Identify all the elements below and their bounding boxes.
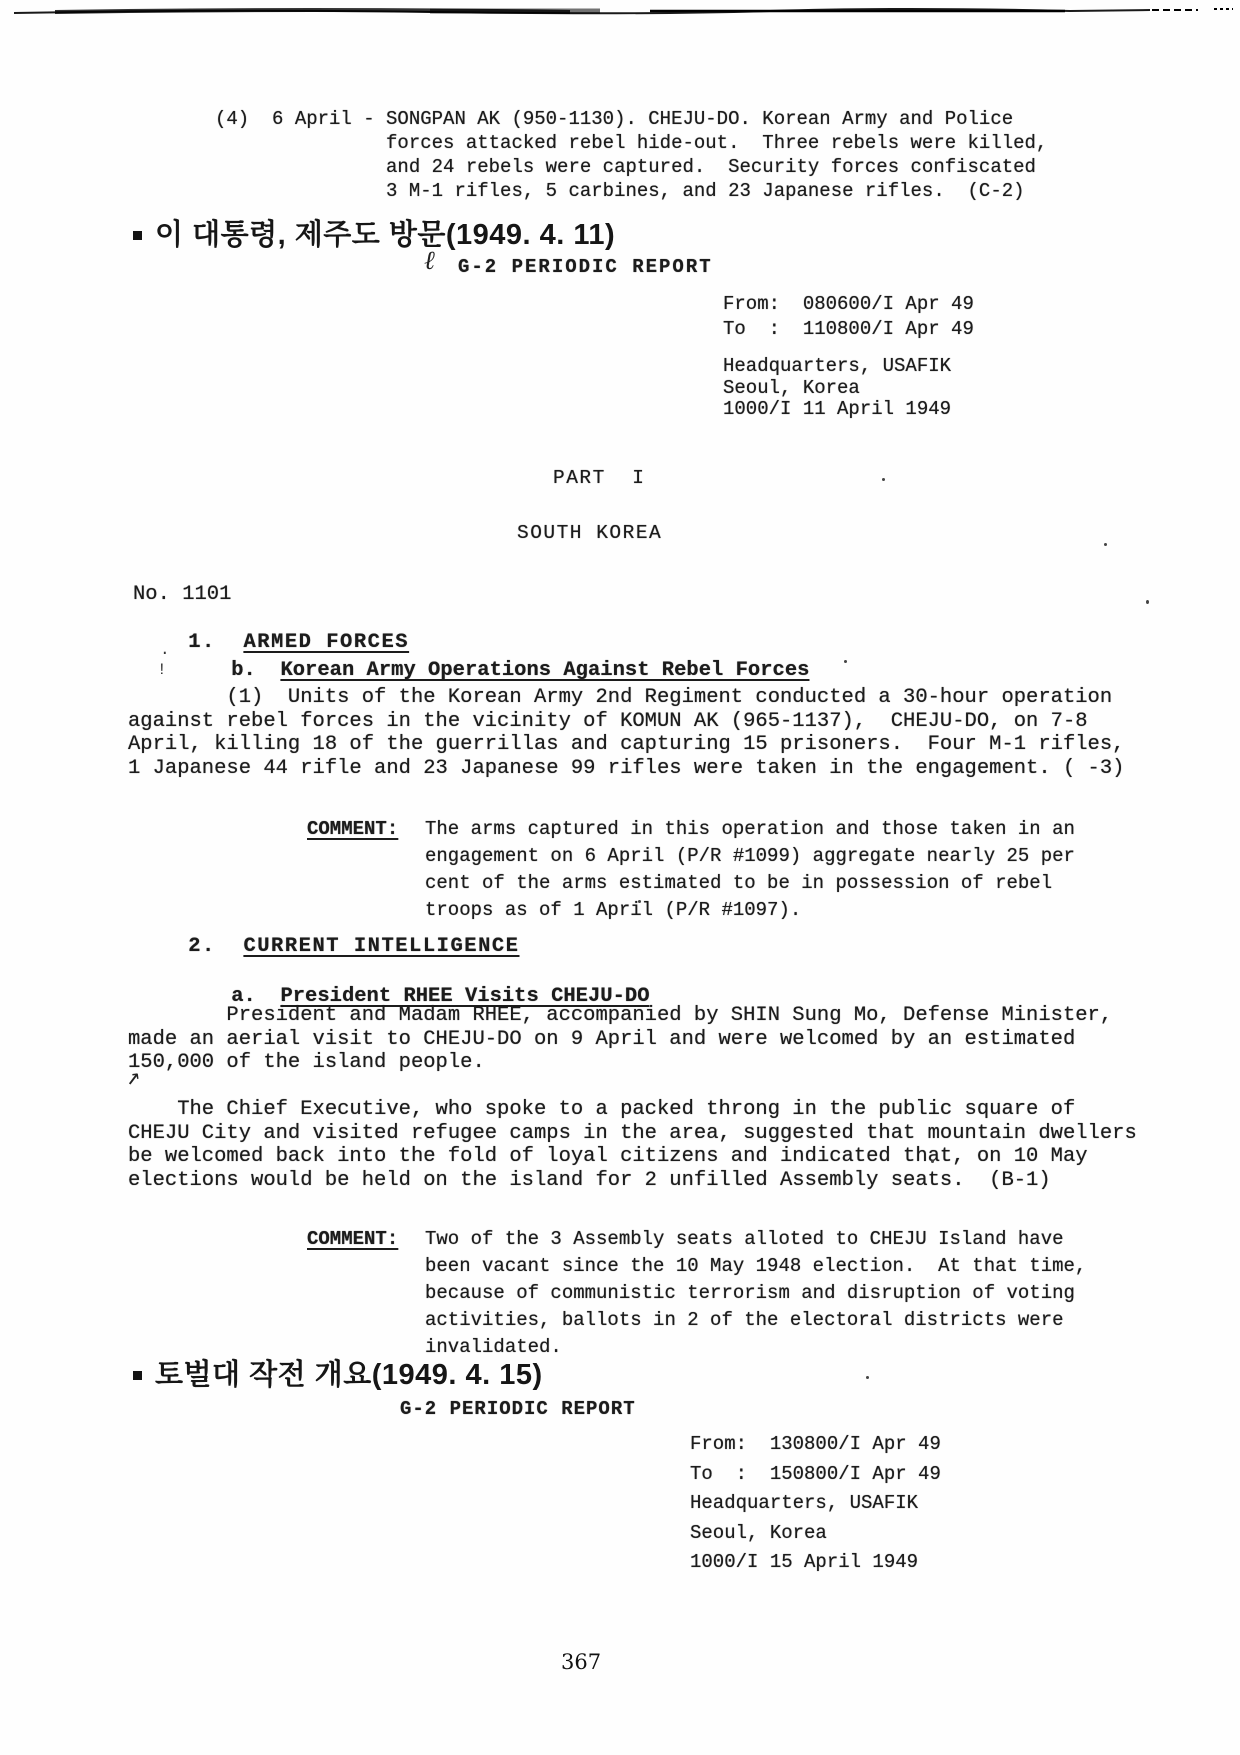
item-4-paragraph: (4) 6 April - SONGPAN AK (950-1130). CHE… bbox=[215, 107, 1047, 203]
section-2-number: 2. bbox=[188, 935, 216, 958]
report2-title: G-2 PERIODIC REPORT bbox=[400, 1398, 636, 1420]
scan-speck bbox=[931, 1160, 934, 1163]
scan-speck bbox=[866, 1376, 869, 1379]
korean-annotation-1: 이 대통령, 제주도 방문(1949. 4. 11) bbox=[133, 212, 615, 253]
report-number: No. 1101 bbox=[133, 583, 231, 607]
report2-fromto-block: From: 130800/I Apr 49 To : 150800/I Apr … bbox=[690, 1430, 941, 1578]
section-2-title: CURRENT INTELLIGENCE bbox=[243, 935, 519, 958]
report1-title: G-2 PERIODIC REPORT bbox=[458, 256, 713, 278]
section-1b-number: b. bbox=[231, 659, 256, 682]
page-number: 367 bbox=[561, 1650, 601, 1674]
scan-edge-rule bbox=[0, 0, 1240, 26]
scan-speck bbox=[882, 478, 885, 481]
report1-from-line: From: 080600/I Apr 49 bbox=[723, 292, 974, 317]
paragraph-3: The Chief Executive, who spoke to a pack… bbox=[128, 1098, 1137, 1192]
margin-dot-mark: . bbox=[160, 641, 170, 659]
scan-speck bbox=[844, 660, 847, 663]
paragraph-1: (1) Units of the Korean Army 2nd Regimen… bbox=[128, 686, 1124, 780]
paragraph-2: President and Madam RHEE, accompanied by… bbox=[128, 1004, 1112, 1075]
comment-2-label: COMMENT: bbox=[307, 1226, 398, 1253]
comment-1-label: COMMENT: bbox=[307, 816, 398, 843]
comment-1-text: The arms captured in this operation and … bbox=[425, 816, 1075, 924]
section-1b-title: Korean Army Operations Against Rebel For… bbox=[280, 659, 809, 682]
part-heading: PART I bbox=[553, 467, 645, 489]
bullet-square-icon bbox=[133, 231, 142, 240]
margin-tick-mark: ! bbox=[157, 661, 167, 679]
report1-headquarters-block: Headquarters, USAFIK Seoul, Korea 1000/I… bbox=[723, 356, 951, 421]
scan-speck bbox=[1146, 600, 1149, 604]
korean-annotation-1-text: 이 대통령, 제주도 방문(1949. 4. 11) bbox=[155, 219, 615, 251]
korean-annotation-2: 토벌대 작전 개요(1949. 4. 15) bbox=[133, 1352, 543, 1393]
bullet-square-icon bbox=[133, 1371, 142, 1380]
report1-to-line: To : 110800/I Apr 49 bbox=[723, 317, 974, 342]
stray-script-mark: ℓ bbox=[424, 246, 435, 276]
scan-speck bbox=[638, 900, 641, 903]
region-heading: SOUTH KOREA bbox=[517, 522, 662, 544]
report1-fromto: From: 080600/I Apr 49 To : 110800/I Apr … bbox=[723, 292, 974, 342]
scan-speck bbox=[1104, 543, 1107, 546]
korean-annotation-2-text: 토벌대 작전 개요(1949. 4. 15) bbox=[155, 1359, 543, 1391]
comment-2-text: Two of the 3 Assembly seats alloted to C… bbox=[425, 1226, 1086, 1361]
scanned-document-page: (4) 6 April - SONGPAN AK (950-1130). CHE… bbox=[0, 0, 1240, 1755]
